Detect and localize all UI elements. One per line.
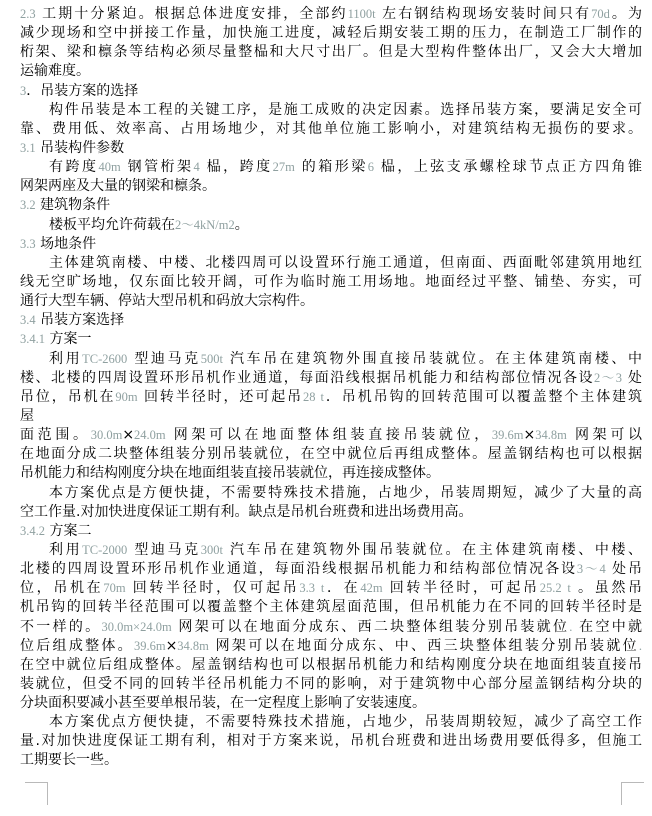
numeric-token: 500t [201, 352, 223, 366]
text-line: 3.4.2 方案二 [20, 522, 642, 541]
text-line: 3.4.1 方案一 [20, 330, 642, 349]
numeric-token: TC-2000 [82, 543, 127, 557]
text-line: 3.4 吊装方案选择 [20, 311, 642, 330]
text-line: 分块面积要减小甚至要单根吊装，在一定程度上影响了安装速度。 [20, 694, 642, 713]
document-page: 2.3 工期十分紧迫。根据总体进度安排，全部约1100t 左右钢结构现场安装时间… [0, 0, 652, 816]
numeric-token: 3.4.2 [20, 524, 45, 538]
numeric-token: 3.4 [20, 313, 36, 327]
text-line: 网架两座及大量的钢梁和檩条。 [20, 177, 642, 196]
numeric-token: 42m [360, 581, 382, 595]
numeric-token: 24.0m [134, 428, 166, 442]
text-line: 本方案优点是方便快捷，不需要特殊技术措施，占地少，吊装周期短，减少了大量的高 [20, 484, 642, 503]
text-line: 吊位，吊机在90m 回转半径时，还可起吊28 t．吊机吊钩的回转范围可以覆盖整个… [20, 388, 642, 407]
numeric-token: 30.0m [91, 428, 123, 442]
text-line: 不一样的。30.0m×24.0m 网架可以在地面分成东、西二块整体组装分别吊装就… [20, 618, 642, 637]
text-line: 减少现场和空中拼接工作量，加快施工进度，减轻后期安装工期的压力，在制造工厂制作的 [20, 24, 642, 43]
numeric-token: 30.0m×24.0m [101, 620, 171, 634]
numeric-token: 27m [273, 160, 295, 174]
text-line: 利用TC-2600 型迪马克500t 汽车吊在建筑物外围直接吊装就位。在主体建筑… [20, 350, 642, 369]
numeric-token: 4 [194, 160, 200, 174]
numeric-token: 300t [201, 543, 223, 557]
text-line: 3．吊装方案的选择 [20, 82, 642, 101]
text-line: 靠、费用低、效率高、占用场地少，对其他单位施工影响小，对建筑结构无损伤的要求。 [20, 120, 642, 139]
text-line: 有跨度40m 钢管桁架4 榀，跨度27m 的箱形梁6 榀，上弦支承螺栓球节点正方… [20, 158, 642, 177]
text-line: 楼板平均允许荷载在2～4kN/m2。 [20, 216, 642, 235]
numeric-token: 6 [368, 160, 374, 174]
text-line: 构件吊装是本工程的关键工序，是施工成败的决定因素。选择吊装方案，要满足安全可 [20, 101, 642, 120]
text-line: 机吊钩的回转半径范围可以覆盖整个主体建筑屋面范围，但吊机能力在不同的回转半径时是 [20, 598, 642, 617]
numeric-token: TC-2600 [82, 352, 127, 366]
text-line: 桁架、梁和檩条等结构必须尽量整榀和大尺寸出厂。但是大型构件整体出厂，又会大大增加 [20, 43, 642, 62]
text-line: 北楼的四周设置环形吊机作业通道，每面沿线根据吊机能力和结构部位情况各设3～4 处… [20, 560, 642, 579]
document-body: 2.3 工期十分紧迫。根据总体进度安排，全部约1100t 左右钢结构现场安装时间… [20, 5, 642, 771]
numeric-token: 39.6m [492, 428, 524, 442]
text-line: 2.3 工期十分紧迫。根据总体进度安排，全部约1100t 左右钢结构现场安装时间… [20, 5, 642, 24]
text-line: 工期要长一些。 [20, 751, 642, 770]
numeric-token: 2～4kN/m2 [175, 218, 235, 232]
numeric-token: 1100t [348, 7, 376, 21]
text-line: 运输难度。 [20, 62, 642, 81]
text-line: 3.3 场地条件 [20, 235, 642, 254]
numeric-token: 25.2 t [540, 581, 571, 595]
numeric-token: 70m [103, 581, 125, 595]
text-line: 3.2 建筑物条件 [20, 196, 642, 215]
text-line: 通行大型车辆、停站大型吊机和码放大宗构件。 [20, 292, 642, 311]
text-line: 位后组成整体。39.6m×34.8m 网架可以在地面分成东、中、西三块整体组装分… [20, 637, 642, 656]
numeric-token: 40m [98, 160, 120, 174]
numeric-token: 34.8m [177, 639, 209, 653]
text-line: 本方案优点方便快捷，不需要特殊技术措施，占地少，吊装周期较短，减少了高空工作 [20, 713, 642, 732]
text-line: 吊机能力和结构刚度分块在地面组装直接吊装就位，再连接成整体。 [20, 464, 642, 483]
numeric-token: 2.3 [20, 7, 36, 21]
page-bottom-left-corner-mark [25, 782, 48, 805]
text-line: 3.1 吊装构件参数 [20, 139, 642, 158]
numeric-token: 34.8m [535, 428, 567, 442]
numeric-token: 3 [20, 84, 26, 98]
numeric-token: 3.3 [20, 237, 36, 251]
text-line: 量.对加快进度保证工期有利，相对于方案来说，吊机台班费和进出场费用要低得多，但施… [20, 732, 642, 751]
text-line: 装就位，但受不同的回转半径吊机能力不同的影响，对于建筑物中心部分屋盖钢结构分块的 [20, 675, 642, 694]
text-line: 位，吊机在70m 回转半径时，仅可起吊3.3 t．在42m 回转半径时，可起吊2… [20, 579, 642, 598]
numeric-token: 3.1 [20, 141, 36, 155]
numeric-token: 90m [115, 390, 137, 404]
numeric-token: 39.6m [134, 639, 166, 653]
text-line: 在空中就位后组成整体。屋盖钢结构也可以根据吊机能力和结构刚度分块在地面组装直接吊 [20, 656, 642, 675]
numeric-token: 3.2 [20, 198, 36, 212]
numeric-token: 2～3 [594, 371, 622, 385]
page-bottom-right-corner-mark [621, 782, 644, 805]
numeric-token: . [639, 639, 642, 653]
text-line: 屋 [20, 407, 642, 426]
numeric-token: 70d [591, 7, 610, 21]
numeric-token: 3～4 [577, 562, 606, 576]
text-line: 在地面分成二块整体组装分别吊装就位，在空中就位后再组成整体。屋盖钢结构也可以根据 [20, 445, 642, 464]
text-line: 面范围。30.0m×24.0m 网架可以在地面整体组装直接吊装就位，39.6m×… [20, 426, 642, 445]
numeric-token: . [569, 620, 572, 634]
numeric-token: 3.3 t [299, 581, 324, 595]
numeric-token: 28 t [303, 390, 324, 404]
text-line: 利用TC-2000 型迪马克300t 汽车吊在建筑物外围吊装就位。在主体建筑南楼… [20, 541, 642, 560]
text-line: 主体建筑南楼、中楼、北楼四周可以设置环行施工通道，但南面、西面毗邻建筑用地红 [20, 254, 642, 273]
numeric-token: 3.4.1 [20, 332, 45, 346]
text-line: 空工作量.对加快进度保证工期有利。缺点是吊机台班费和进出场费用高。 [20, 503, 642, 522]
text-line: 楼、北楼的四周设置环形吊机作业通道，每面沿线根据吊机能力和结构部位情况各设2～3… [20, 369, 642, 388]
text-line: 线无空旷场地，仅东面比较开阔，可作为临时施工用场地。地面经过平整、铺垫、夯实，可 [20, 273, 642, 292]
